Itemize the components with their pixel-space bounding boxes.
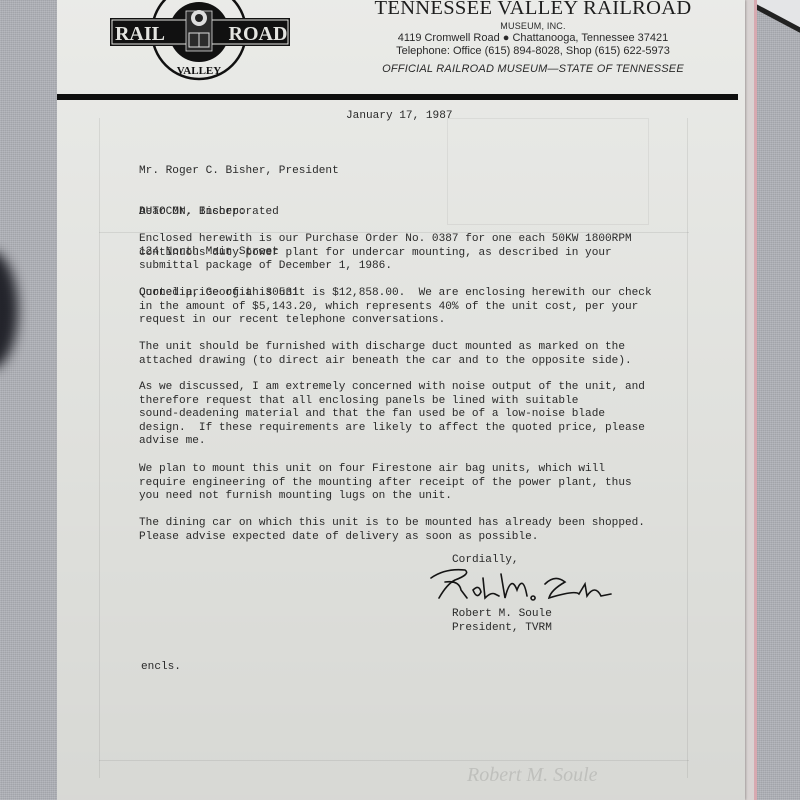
bleed-through-line xyxy=(99,118,100,778)
recipient-line: Mr. Roger C. Bisher, President xyxy=(139,165,339,179)
paragraph-discharge-duct: The unit should be furnished with discha… xyxy=(139,341,632,368)
bleed-through-box xyxy=(447,118,649,225)
org-contact: 4119 Cromwell Road ● Chattanooga, Tennes… xyxy=(333,32,733,58)
org-phone: Telephone: Office (615) 894-8028, Shop (… xyxy=(333,45,733,58)
org-name: TENNESSEE VALLEY RAILROAD xyxy=(333,0,733,20)
handwritten-signature xyxy=(425,560,615,610)
paragraph-mounting: We plan to mount this unit on four Fires… xyxy=(139,463,632,504)
svg-text:VALLEY: VALLEY xyxy=(177,65,221,77)
dark-object-shadow xyxy=(0,250,18,370)
paragraph-delivery: The dining car on which this unit is to … xyxy=(139,517,645,544)
paragraph-noise: As we discussed, I am extremely concerne… xyxy=(139,381,645,449)
paragraph-purchase-order: Enclosed herewith is our Purchase Order … xyxy=(139,233,632,274)
letter-date: January 17, 1987 xyxy=(346,110,453,124)
org-tagline: OFFICIAL RAILROAD MUSEUM—STATE OF TENNES… xyxy=(333,63,733,75)
letter-sheet: Robert M. Soule RAIL ROAD TENNESSEE VALL… xyxy=(57,0,745,800)
salutation: Dear Mr. Bisher: xyxy=(139,206,246,220)
paragraph-price: Quoted price of this unit is $12,858.00.… xyxy=(139,287,652,328)
signer-block: Robert M. Soule President, TVRM xyxy=(452,608,552,635)
railroad-logo: RAIL ROAD TENNESSEE VALLEY xyxy=(110,0,290,95)
svg-text:ROAD: ROAD xyxy=(229,23,288,45)
svg-text:RAIL: RAIL xyxy=(115,23,165,45)
letterhead-rule xyxy=(57,94,738,100)
enclosure-note: encls. xyxy=(141,661,181,675)
org-subtitle: MUSEUM, INC. xyxy=(333,21,733,31)
bleed-through-signature: Robert M. Soule xyxy=(467,764,598,787)
bleed-through-line xyxy=(687,118,688,778)
org-address: 4119 Cromwell Road ● Chattanooga, Tennes… xyxy=(333,32,733,45)
bleed-through-line xyxy=(99,760,689,761)
